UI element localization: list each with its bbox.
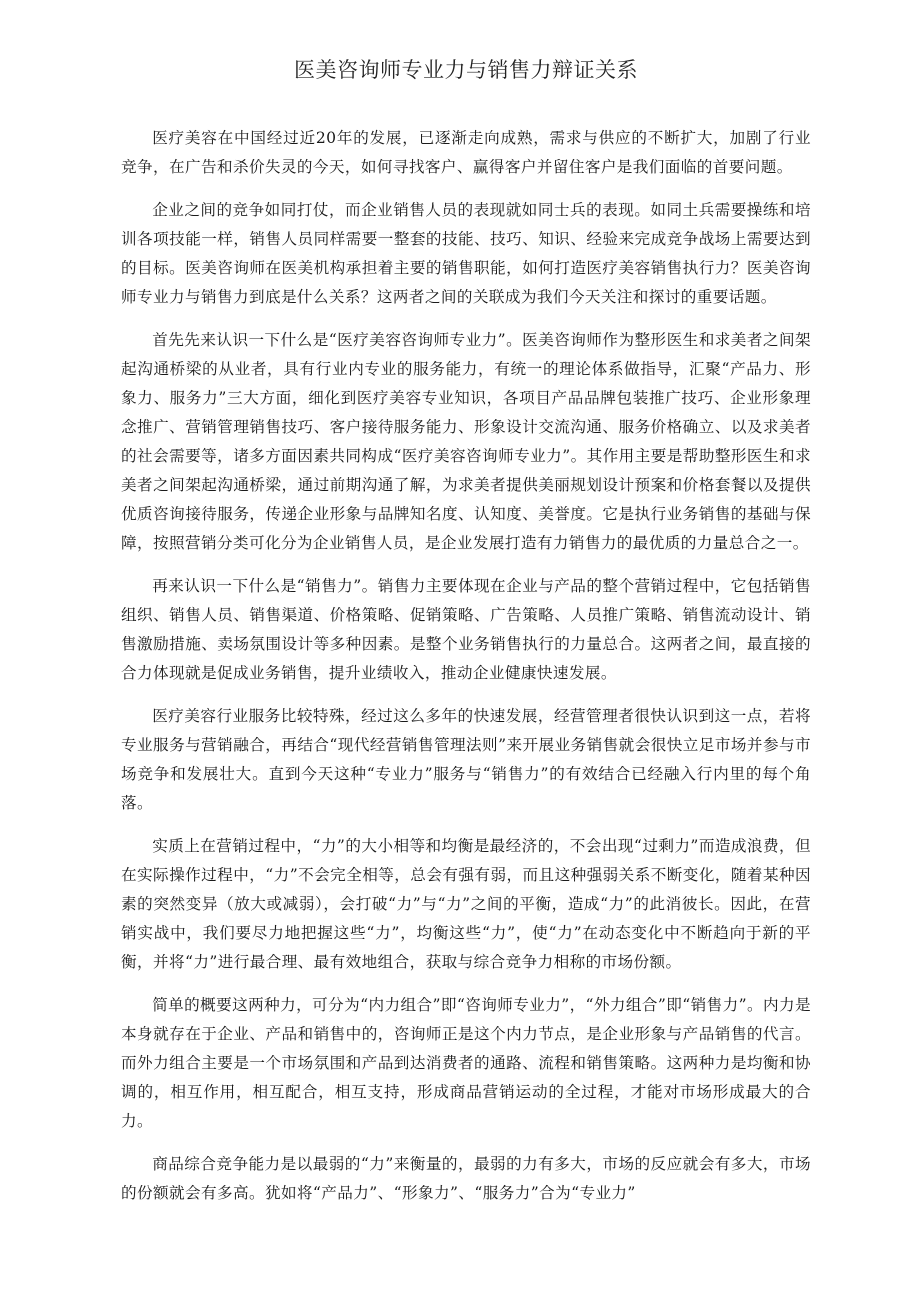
paragraph-2: 企业之间的竞争如同打仗，而企业销售人员的表现就如同士兵的表现。如同土兵需要操练和… bbox=[121, 196, 811, 312]
paragraph-5: 医疗美容行业服务比较特殊，经过这么多年的快速发展，经营管理者很快认识到这一点，若… bbox=[121, 702, 811, 818]
paragraph-1: 医疗美容在中国经过近20年的发展，已逐渐走向成熟，需求与供应的不断扩大，加剧了行… bbox=[121, 124, 811, 182]
paragraph-6: 实质上在营销过程中，“力”的大小相等和均衡是最经济的，不会出现“过剩力”而造成浪… bbox=[121, 832, 811, 977]
paragraph-3: 首先先来认识一下什么是“医疗美容咨询师专业力”。医美咨询师作为整形医生和求美者之… bbox=[121, 326, 811, 558]
paragraph-4: 再来认识一下什么是“销售力”。销售力主要体现在企业与产品的整个营销过程中，它包括… bbox=[121, 572, 811, 688]
paragraph-8: 商品综合竞争能力是以最弱的“力”来衡量的，最弱的力有多大，市场的反应就会有多大，… bbox=[121, 1150, 811, 1208]
document-title: 医美咨询师专业力与销售力辩证关系 bbox=[121, 54, 811, 84]
document-body: 医疗美容在中国经过近20年的发展，已逐渐走向成熟，需求与供应的不断扩大，加剧了行… bbox=[121, 124, 811, 1222]
paragraph-7: 简单的概要这两种力，可分为“内力组合”即“咨询师专业力”，“外力组合”即“销售力… bbox=[121, 991, 811, 1136]
